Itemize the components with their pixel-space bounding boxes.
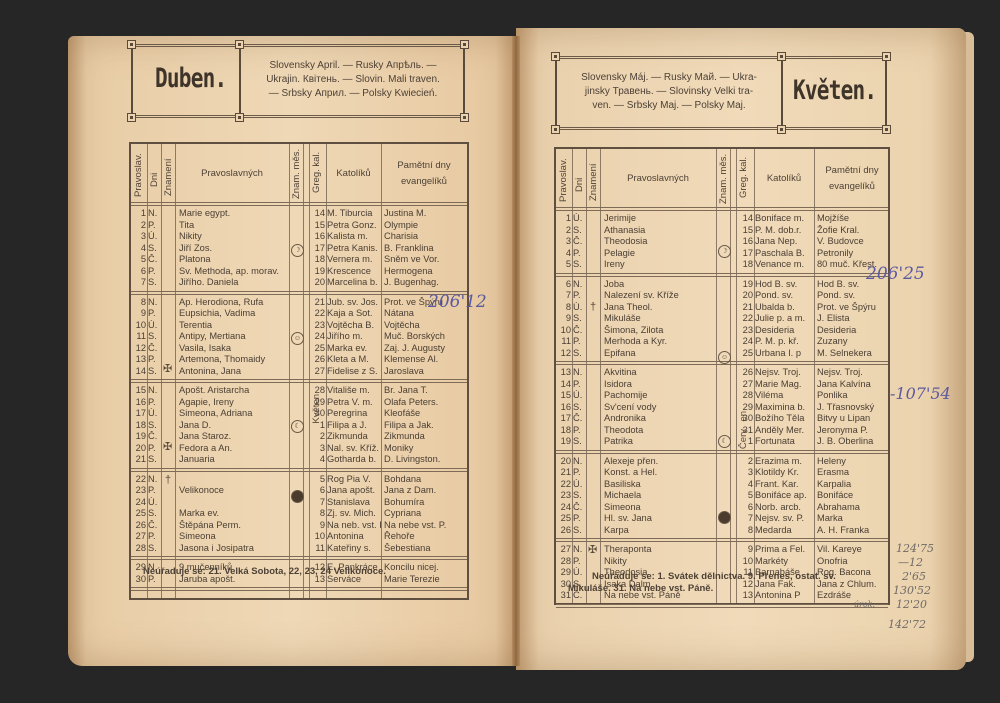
table-row: 8Ú.Jana Theol.21Ubalda b.Prot. ve Špýru — [556, 302, 888, 314]
table-row: 27N.Theraponta9Prima a Fel.Vil. Kareye — [556, 544, 888, 556]
moon-phase-full-moon-icon: ☺ — [291, 332, 304, 345]
table-row: 13P.Artemona, Thomaidy26Kleta a M.Klemen… — [131, 354, 467, 366]
footnote-holidays: Neúřaduje se: 21. Velká Sobota, 22, 23, … — [143, 566, 386, 577]
evangelical-memorial: Muč. Borských — [384, 331, 466, 343]
orthodox-saint: Pelagie — [604, 248, 716, 260]
table-row: 21P.Konst. a Hel.3Klotildy Kr.Erasma — [556, 467, 888, 479]
table-row: 17Ú.Simeona, Adriana30PeregrinaKleofáše — [131, 408, 467, 420]
gregorian-date: 14 — [310, 208, 325, 220]
orthodox-saint: Jiří Zos. — [179, 243, 289, 255]
handwritten-ink-note: 206'12 — [428, 292, 487, 312]
day-number: 17 — [131, 408, 146, 420]
orthodox-saint: Antonina, Jana — [179, 366, 289, 378]
day-number: 15 — [556, 390, 571, 402]
catholic-saint: Kleta a M. — [327, 354, 381, 366]
evangelical-memorial: Vojtěcha — [384, 320, 466, 332]
weekday: N. — [573, 456, 586, 468]
col-header-katoliku: Katolíků — [326, 168, 381, 179]
day-number: 18 — [131, 420, 146, 432]
gregorian-date: 5 — [310, 474, 325, 486]
table-row: 5S.Ireny18Venance m.80 muč. Křest. — [556, 259, 888, 271]
table-row: 23S.Michaela5Bonifáce ap.Bonifáce — [556, 490, 888, 502]
handwritten-ink-note: -107'54 — [890, 384, 951, 403]
gregorian-date: 11 — [310, 543, 325, 555]
orthodox-saint: Nikity — [604, 556, 716, 568]
day-number: 1 — [556, 213, 571, 225]
weekday: P. — [573, 379, 586, 391]
table-row: 10Ú.Terentia23Vojtěcha B.Vojtěcha — [131, 320, 467, 332]
day-number: 3 — [131, 231, 146, 243]
catholic-saint: Nal. sv. Kříž. — [327, 443, 381, 455]
orthodox-saint: Akvitina — [604, 367, 716, 379]
table-row: 6P.Sv. Methoda, ap. morav.19KrescenceHer… — [131, 266, 467, 278]
evangelical-memorial: Řehoře — [384, 531, 466, 543]
gregorian-date: 3 — [738, 467, 753, 479]
footnote-holidays: Neúřaduje se: 1. Svátek dělnictva. 9. Př… — [592, 571, 836, 582]
catholic-saint: Pond. sv. — [755, 290, 814, 302]
evangelical-memorial: Jaroslava — [384, 366, 466, 378]
gregorian-date: 17 — [310, 243, 325, 255]
sun-symbol-icon: ✠ — [163, 362, 172, 375]
day-number: 20 — [131, 443, 146, 455]
orthodox-saint: Simeona — [604, 502, 716, 514]
table-row: 16S.Sv'cení vody29Maximina b.J. Třasnovs… — [556, 402, 888, 414]
evangelical-memorial: Bonifáce — [817, 490, 887, 502]
table-row: 7P.Nalezení sv. Kříže20Pond. sv.Pond. sv… — [556, 290, 888, 302]
col-header-dni: Dni — [574, 175, 585, 195]
day-number: 27 — [131, 531, 146, 543]
day-number: 1 — [131, 208, 146, 220]
orthodox-saint: Ireny — [604, 259, 716, 271]
evangelical-memorial: Sněm ve Vor. — [384, 254, 466, 266]
weekday: S. — [148, 331, 161, 343]
gregorian-date: 16 — [310, 231, 325, 243]
weekday: Č. — [573, 236, 586, 248]
catholic-saint: Viléma — [755, 390, 814, 402]
table-row: 11P.Merhoda a Kyr.24P. M. p. kř.Zuzany — [556, 336, 888, 348]
weekday: N. — [573, 367, 586, 379]
col-header-znam-mes: Znam. měs. — [291, 146, 302, 202]
weekday: S. — [573, 225, 586, 237]
catholic-saint: Antonina P — [755, 590, 814, 602]
pencil-label: úrok: — [854, 600, 875, 609]
day-number: 26 — [556, 525, 571, 537]
gregorian-date: 2 — [310, 431, 325, 443]
weekday: P. — [573, 513, 586, 525]
catholic-saint: Vernera m. — [327, 254, 381, 266]
weekday: Ú. — [573, 390, 586, 402]
weekday: N. — [573, 544, 586, 556]
day-number: 7 — [131, 277, 146, 289]
orthodox-saint: Terentia — [179, 320, 289, 332]
gregorian-date: 21 — [310, 297, 325, 309]
col-header-greg-kal: Greg. kal. — [738, 155, 749, 199]
catholic-saint: Peregrina — [327, 408, 381, 420]
catholic-saint: Petra Gonz. — [327, 220, 381, 232]
moon-phase-last-quarter-icon: ☾ — [291, 420, 304, 433]
handwritten-ink-note: 206'25 — [866, 264, 925, 284]
orthodox-saint: Joba — [604, 279, 716, 291]
evangelical-memorial: Charisia — [384, 231, 466, 243]
orthodox-saint: Štěpána Perm. — [179, 520, 289, 532]
orthodox-saint: Antipy, Mertiana — [179, 331, 289, 343]
orthodox-saint: Athanasia — [604, 225, 716, 237]
may-calendar-table: Pravoslav. Dni Znamení Pravoslavných Zna… — [554, 147, 890, 605]
evangelical-memorial: Abrahama — [817, 502, 887, 514]
evangelical-memorial: Cypriana — [384, 508, 466, 520]
evangelical-memorial: Bohumíra — [384, 497, 466, 509]
day-number: 28 — [556, 556, 571, 568]
day-number: 12 — [556, 348, 571, 360]
day-number: 18 — [556, 425, 571, 437]
day-number: 27 — [556, 544, 571, 556]
orthodox-saint: Pachomije — [604, 390, 716, 402]
day-number: 8 — [131, 297, 146, 309]
evangelical-memorial: Jeronyma P. — [817, 425, 887, 437]
orthodox-saint: Tita — [179, 220, 289, 232]
gregorian-date: 20 — [738, 290, 753, 302]
day-number: 2 — [556, 225, 571, 237]
catholic-saint: Maximina b. — [755, 402, 814, 414]
weekday: S. — [573, 436, 586, 448]
moon-phase-new-moon-icon — [718, 511, 731, 524]
pencil-line: —12 — [898, 556, 923, 569]
weekday: P. — [148, 354, 161, 366]
evangelical-memorial: Bohdana — [384, 474, 466, 486]
month-translations: Slovensky Máj. — Rusky Май. — Ukra- jins… — [561, 71, 777, 113]
day-number: 28 — [131, 543, 146, 555]
pencil-line: 124'75 — [896, 542, 934, 555]
evangelical-memorial: J. Bugenhag. — [384, 277, 466, 289]
evangelical-memorial: A. H. Franka — [817, 525, 887, 537]
day-number: 6 — [131, 266, 146, 278]
orthodox-saint: Michaela — [604, 490, 716, 502]
table-row: 9S.Mikuláše22Julie p. a m.J. Elista — [556, 313, 888, 325]
orthodox-saint: Mikuláše — [604, 313, 716, 325]
table-row: 8N.Ap. Herodiona, Rufa21Jub. sv. Jos.Pro… — [131, 297, 467, 309]
orthodox-saint: Basiliska — [604, 479, 716, 491]
table-row: 17Č.Andronika30Božího TělaBitvy u Lipan — [556, 413, 888, 425]
table-row: 26S.Karpa8MedardaA. H. Franka — [556, 525, 888, 537]
month-translations: Slovensky April. — Rusky Апрѣль. — Ukraj… — [243, 59, 463, 101]
table-row: 14P.Isidora27Marie Mag.Jana Kalvína — [556, 379, 888, 391]
orthodox-saint: Patrika — [604, 436, 716, 448]
moon-phase-full-moon-icon: ☺ — [718, 351, 731, 364]
table-row: 15Ú.Pachomije28VilémaPonlika — [556, 390, 888, 402]
orthodox-saint: Epifana — [604, 348, 716, 360]
weekday: N. — [148, 297, 161, 309]
week-divider — [131, 587, 467, 591]
evangelical-memorial: M. Selnekera — [817, 348, 887, 360]
weekday: P. — [148, 397, 161, 409]
orthodox-saint: Šimona, Zilota — [604, 325, 716, 337]
day-number: 21 — [556, 467, 571, 479]
orthodox-saint: Vasila, Isaka — [179, 343, 289, 355]
orthodox-saint: Marie egypt. — [179, 208, 289, 220]
catholic-saint: Gotharda b. — [327, 454, 381, 466]
week-divider — [131, 468, 467, 472]
day-number: 14 — [556, 379, 571, 391]
weekday: N. — [148, 474, 161, 486]
weekday: Č. — [573, 502, 586, 514]
day-number: 13 — [131, 354, 146, 366]
catholic-saint: Kalista m. — [327, 231, 381, 243]
catholic-saint: Jana apošt. — [327, 485, 381, 497]
orthodox-saint: Jasona i Josipatra — [179, 543, 289, 555]
catholic-saint: Zj. sv. Mich. — [327, 508, 381, 520]
gregorian-date: 28 — [738, 390, 753, 402]
day-number: 11 — [131, 331, 146, 343]
evangelical-memorial: Šebestiana — [384, 543, 466, 555]
day-number: 16 — [556, 402, 571, 414]
evangelical-memorial: Na nebe vst. P. — [384, 520, 466, 532]
col-header-greg-kal: Greg. kal. — [311, 150, 322, 194]
gregorian-date: 19 — [738, 279, 753, 291]
month-change-label: en — [738, 411, 749, 422]
weekday: Č. — [148, 520, 161, 532]
gregorian-date: 7 — [738, 513, 753, 525]
catholic-saint: Petra V. m. — [327, 397, 381, 409]
weekday: Ú. — [573, 567, 586, 579]
evangelical-memorial: J. Třasnovský — [817, 402, 887, 414]
day-number: 16 — [131, 397, 146, 409]
day-number: 14 — [131, 366, 146, 378]
weekday: Č. — [148, 431, 161, 443]
orthodox-saint: Konst. a Hel. — [604, 467, 716, 479]
weekday: S. — [573, 313, 586, 325]
weekday: Č. — [148, 343, 161, 355]
month-change-label: Červ — [738, 429, 749, 449]
day-number: 24 — [131, 497, 146, 509]
evangelical-memorial: Jana Kalvína — [817, 379, 887, 391]
orthodox-saint: Jiřího. Daniela — [179, 277, 289, 289]
col-header-znameni: Znamení — [588, 161, 599, 203]
gregorian-date: 8 — [310, 508, 325, 520]
day-number: 11 — [556, 336, 571, 348]
catholic-saint: P. M. p. kř. — [755, 336, 814, 348]
sun-symbol-icon: ✠ — [588, 543, 597, 556]
month-title: Květen. — [793, 75, 876, 106]
evangelical-memorial: B. Franklina — [384, 243, 466, 255]
orthodox-saint: Sv'cení vody — [604, 402, 716, 414]
catholic-saint: Stanislava — [327, 497, 381, 509]
table-row: 7S.Jiřího. Daniela20Marcelina b.J. Bugen… — [131, 277, 467, 289]
week-divider — [556, 273, 888, 277]
day-number: 19 — [556, 436, 571, 448]
evangelical-memorial: Klemense Al. — [384, 354, 466, 366]
moon-phase-first-quarter-icon: ☽ — [718, 245, 731, 258]
week-divider — [131, 379, 467, 383]
gregorian-date: 19 — [310, 266, 325, 278]
orthodox-saint: Isidora — [604, 379, 716, 391]
table-row: 22N.5Rog Pia V.Bohdana — [131, 474, 467, 486]
evangelical-memorial: J. B. Oberlina — [817, 436, 887, 448]
catholic-saint: Marcelina b. — [327, 277, 381, 289]
evangelical-memorial: Koncilu nicej. — [384, 562, 466, 574]
orthodox-saint: Marka ev. — [179, 508, 289, 520]
day-number: 25 — [131, 508, 146, 520]
orthodox-saint: Karpa — [604, 525, 716, 537]
col-header-pravoslavnych: Pravoslavných — [600, 173, 716, 184]
catholic-saint: Petra Kanis. — [327, 243, 381, 255]
moon-phase-last-quarter-icon: ☾ — [718, 435, 731, 448]
evangelical-memorial: Hermogena — [384, 266, 466, 278]
orthodox-saint: Sv. Methoda, ap. morav. — [179, 266, 289, 278]
translation-line: jinsky Травень. — Slovinsky Velki tra- — [561, 85, 777, 99]
weekday: P. — [573, 290, 586, 302]
evangelical-memorial: Marka — [817, 513, 887, 525]
catholic-saint: Nejsv. sv. P. — [755, 513, 814, 525]
gregorian-date: 21 — [738, 302, 753, 314]
day-number: 25 — [556, 513, 571, 525]
gregorian-date: 15 — [310, 220, 325, 232]
gregorian-date: 3 — [310, 443, 325, 455]
gregorian-date: 26 — [310, 354, 325, 366]
orthodox-saint: Agapie, Ireny — [179, 397, 289, 409]
table-row: 1Ú.Jerimije14Boniface m.Mojžíše — [556, 213, 888, 225]
catholic-saint: Medarda — [755, 525, 814, 537]
day-number: 19 — [131, 431, 146, 443]
day-number: 4 — [556, 248, 571, 260]
gregorian-date: 14 — [738, 213, 753, 225]
orthodox-saint: Andronika — [604, 413, 716, 425]
weekday: Č. — [148, 254, 161, 266]
evangelical-memorial: Erasma — [817, 467, 887, 479]
evangelical-memorial: Karpalia — [817, 479, 887, 491]
weekday: P. — [148, 485, 161, 497]
gregorian-date: 5 — [738, 490, 753, 502]
gregorian-date: 8 — [738, 525, 753, 537]
weekday: P. — [573, 425, 586, 437]
gregorian-date: 16 — [738, 236, 753, 248]
weekday: P. — [148, 220, 161, 232]
orthodox-saint: Jana Staroz. — [179, 431, 289, 443]
orthodox-saint: Eupsichia, Vadima — [179, 308, 289, 320]
orthodox-saint: Platona — [179, 254, 289, 266]
evangelical-memorial: Olympie — [384, 220, 466, 232]
weekday: S. — [573, 490, 586, 502]
table-row: 22Ú.Basiliska4Frant. Kar.Karpalia — [556, 479, 888, 491]
orthodox-saint: Januaria — [179, 454, 289, 466]
gregorian-date: 6 — [738, 502, 753, 514]
orthodox-saint: Theodota — [604, 425, 716, 437]
catholic-saint: Jiřího m. — [327, 331, 381, 343]
gregorian-date: 27 — [738, 379, 753, 391]
evangelical-memorial: Moniky — [384, 443, 466, 455]
gregorian-date: 4 — [738, 479, 753, 491]
gregorian-date: 27 — [310, 366, 325, 378]
day-number: 12 — [131, 343, 146, 355]
evangelical-memorial: J. Elista — [817, 313, 887, 325]
day-number: 20 — [556, 456, 571, 468]
gregorian-date: 9 — [738, 544, 753, 556]
day-number: 2 — [131, 220, 146, 232]
day-number: 10 — [556, 325, 571, 337]
weekday: Ú. — [573, 479, 586, 491]
month-title: Duben. — [155, 63, 226, 94]
orthodox-saint: Apošt. Aristarcha — [179, 385, 289, 397]
gregorian-date: 25 — [310, 343, 325, 355]
catholic-saint: Ubalda b. — [755, 302, 814, 314]
day-number: 29 — [556, 567, 571, 579]
catholic-saint: P. M. dob.r. — [755, 225, 814, 237]
orthodox-saint: Simeona, Adriana — [179, 408, 289, 420]
catholic-saint: Bonifáce ap. — [755, 490, 814, 502]
catholic-saint: Rog Pia V. — [327, 474, 381, 486]
evangelical-memorial: Pond. sv. — [817, 290, 887, 302]
table-row: 6N.Joba19Hod B. sv.Hod B. sv. — [556, 279, 888, 291]
day-number: 5 — [556, 259, 571, 271]
gregorian-date: 22 — [310, 308, 325, 320]
weekday: Č. — [573, 325, 586, 337]
pencil-line: 142'72 — [888, 618, 926, 631]
evangelical-memorial: Mojžíše — [817, 213, 887, 225]
evangelical-memorial: Olafa Peters. — [384, 397, 466, 409]
month-change-label: Květen — [311, 394, 322, 424]
weekday: P. — [148, 443, 161, 455]
weekday: S. — [148, 366, 161, 378]
col-header-evangeliku: Pamětní dny evangelíků — [383, 158, 465, 190]
day-number: 23 — [131, 485, 146, 497]
evangelical-memorial: Žofie Kral. — [817, 225, 887, 237]
table-row: 20N.Alexeje přen.2Erazima m.Heleny — [556, 456, 888, 468]
cross-icon: † — [590, 301, 596, 313]
evangelical-memorial: Jana z Dam. — [384, 485, 466, 497]
footnote-holidays-cont: Mikuláše. 31. Na nebe vst. Páně. — [568, 583, 713, 594]
translation-line: Slovensky Máj. — Rusky Май. — Ukra- — [561, 71, 777, 85]
catholic-saint: Jub. sv. Jos. — [327, 297, 381, 309]
catholic-saint: Anděly Mer. — [755, 425, 814, 437]
col-header-dni: Dni — [149, 170, 160, 190]
day-number: 13 — [556, 367, 571, 379]
week-divider — [556, 450, 888, 454]
weekday: S. — [573, 525, 586, 537]
orthodox-saint: Theodosia — [604, 236, 716, 248]
gregorian-date: 18 — [738, 259, 753, 271]
weekday: N. — [148, 208, 161, 220]
translation-line: Slovensky April. — Rusky Апрѣль. — — [243, 59, 463, 73]
evangelical-memorial: Nejsv. Troj. — [817, 367, 887, 379]
day-number: 24 — [556, 502, 571, 514]
gregorian-date: 10 — [738, 556, 753, 568]
table-row: 16P.Agapie, Ireny29Petra V. m.Olafa Pete… — [131, 397, 467, 409]
weekday: P. — [573, 248, 586, 260]
gregorian-date: 24 — [310, 331, 325, 343]
evangelical-memorial: Br. Jana T. — [384, 385, 466, 397]
orthodox-saint: Jana D. — [179, 420, 289, 432]
evangelical-memorial: Zuzany — [817, 336, 887, 348]
gregorian-date: 9 — [310, 520, 325, 532]
pencil-line: 130'52 — [893, 584, 931, 597]
weekday: S. — [148, 243, 161, 255]
weekday: N. — [148, 385, 161, 397]
day-number: 5 — [131, 254, 146, 266]
catholic-saint: Venance m. — [755, 259, 814, 271]
day-number: 9 — [556, 313, 571, 325]
catholic-saint: Urbana I. p — [755, 348, 814, 360]
evangelical-memorial: Ezdráše — [817, 590, 887, 602]
catholic-saint: Fidelise z S. — [327, 366, 381, 378]
weekday: S. — [573, 348, 586, 360]
weekday: S. — [148, 454, 161, 466]
evangelical-memorial: Marie Terezie — [384, 574, 466, 586]
table-row: 27P.Simeona10AntoninaŘehoře — [131, 531, 467, 543]
gregorian-date: 10 — [310, 531, 325, 543]
gregorian-date: 20 — [310, 277, 325, 289]
weekday: S. — [573, 259, 586, 271]
col-header-pravoslav: Pravoslav. — [133, 150, 144, 200]
week-divider — [131, 556, 467, 560]
